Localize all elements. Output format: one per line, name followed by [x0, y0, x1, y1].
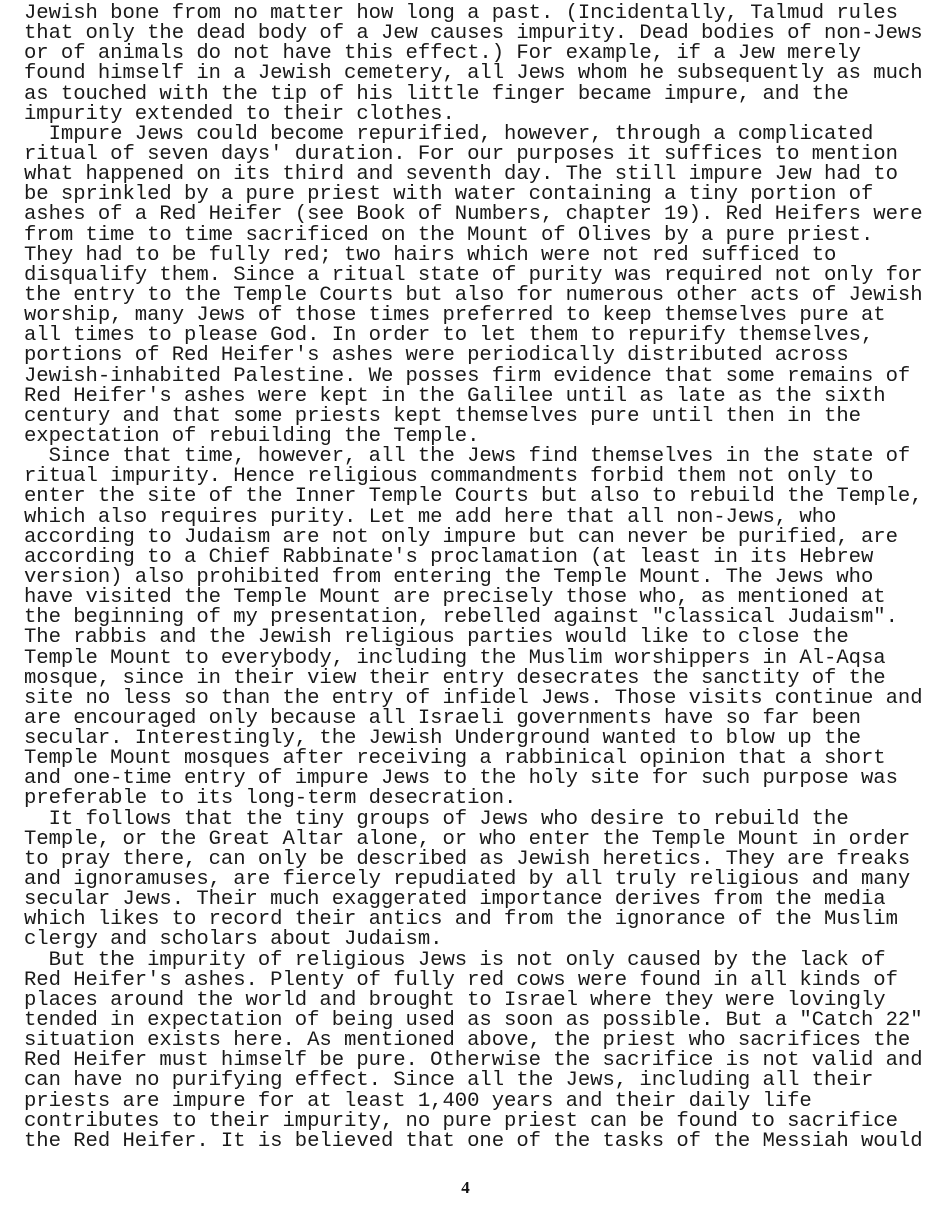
text-line: tended in expectation of being used as s…	[24, 1011, 924, 1031]
text-line: be sprinkled by a pure priest with water…	[24, 185, 924, 205]
text-line: clergy and scholars about Judaism.	[24, 930, 924, 950]
text-line: and one-time entry of impure Jews to the…	[24, 769, 924, 789]
text-line: are encouraged only because all Israeli …	[24, 709, 924, 729]
text-line: the entry to the Temple Courts but also …	[24, 286, 924, 306]
text-line: the beginning of my presentation, rebell…	[24, 608, 924, 628]
text-line: Jewish bone from no matter how long a pa…	[24, 4, 924, 24]
text-line: It follows that the tiny groups of Jews …	[24, 810, 924, 830]
text-line: Red Heifer's ashes. Plenty of fully red …	[24, 971, 924, 991]
text-line: what happened on its third and seventh d…	[24, 165, 924, 185]
text-line: all times to please God. In order to let…	[24, 326, 924, 346]
text-line: But the impurity of religious Jews is no…	[24, 951, 924, 971]
text-line: Temple Mount to everybody, including the…	[24, 649, 924, 669]
text-line: and ignoramuses, are fiercely repudiated…	[24, 870, 924, 890]
text-line: preferable to its long-term desecration.	[24, 789, 924, 809]
text-line: found himself in a Jewish cemetery, all …	[24, 64, 924, 84]
text-line: Temple Mount mosques after receiving a r…	[24, 749, 924, 769]
text-line: Red Heifer must himself be pure. Otherwi…	[24, 1051, 924, 1071]
text-line: from time to time sacrificed on the Moun…	[24, 226, 924, 246]
text-line: can have no purifying effect. Since all …	[24, 1071, 924, 1091]
document-body: Jewish bone from no matter how long a pa…	[24, 4, 924, 1152]
text-line: They had to be fully red; two hairs whic…	[24, 246, 924, 266]
text-line: disqualify them. Since a ritual state of…	[24, 266, 924, 286]
text-line: The rabbis and the Jewish religious part…	[24, 628, 924, 648]
page-number: 4	[0, 1178, 931, 1198]
text-line: site no less so than the entry of infide…	[24, 689, 924, 709]
text-line: according to Judaism are not only impure…	[24, 528, 924, 548]
text-line: the Red Heifer. It is believed that one …	[24, 1132, 924, 1152]
text-line: enter the site of the Inner Temple Court…	[24, 487, 924, 507]
text-line: Jewish-inhabited Palestine. We posses fi…	[24, 367, 924, 387]
text-line: version) also prohibited from entering t…	[24, 568, 924, 588]
text-line: according to a Chief Rabbinate's proclam…	[24, 548, 924, 568]
text-line: expectation of rebuilding the Temple.	[24, 427, 924, 447]
text-line: century and that some priests kept thems…	[24, 407, 924, 427]
text-line: priests are impure for at least 1,400 ye…	[24, 1092, 924, 1112]
text-line: ashes of a Red Heifer (see Book of Numbe…	[24, 205, 924, 225]
text-line: secular. Interestingly, the Jewish Under…	[24, 729, 924, 749]
text-line: ritual of seven days' duration. For our …	[24, 145, 924, 165]
text-line: or of animals do not have this effect.) …	[24, 44, 924, 64]
text-line: places around the world and brought to I…	[24, 991, 924, 1011]
text-line: contributes to their impurity, no pure p…	[24, 1112, 924, 1132]
text-line: Since that time, however, all the Jews f…	[24, 447, 924, 467]
text-line: as touched with the tip of his little fi…	[24, 85, 924, 105]
text-line: have visited the Temple Mount are precis…	[24, 588, 924, 608]
text-line: worship, many Jews of those times prefer…	[24, 306, 924, 326]
text-line: which likes to record their antics and f…	[24, 910, 924, 930]
text-line: which also requires purity. Let me add h…	[24, 508, 924, 528]
text-line: to pray there, can only be described as …	[24, 850, 924, 870]
text-line: situation exists here. As mentioned abov…	[24, 1031, 924, 1051]
text-line: Temple, or the Great Altar alone, or who…	[24, 830, 924, 850]
text-line: ritual impurity. Hence religious command…	[24, 467, 924, 487]
text-line: that only the dead body of a Jew causes …	[24, 24, 924, 44]
text-line: portions of Red Heifer's ashes were peri…	[24, 346, 924, 366]
text-line: impurity extended to their clothes.	[24, 105, 924, 125]
text-line: mosque, since in their view their entry …	[24, 669, 924, 689]
text-line: Impure Jews could become repurified, how…	[24, 125, 924, 145]
text-line: Red Heifer's ashes were kept in the Gali…	[24, 387, 924, 407]
text-line: secular Jews. Their much exaggerated imp…	[24, 890, 924, 910]
